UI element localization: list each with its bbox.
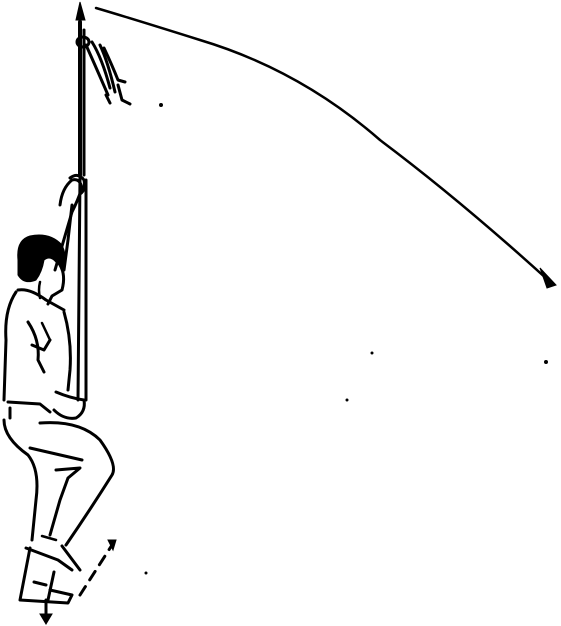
- pennant-flag: [86, 42, 130, 104]
- down-arrow-head-icon: [40, 614, 52, 624]
- climber: [4, 175, 114, 603]
- specks: [145, 104, 548, 575]
- trajectory-arrow: [96, 8, 556, 288]
- pole-tip-icon: [76, 2, 85, 20]
- hair: [18, 235, 66, 282]
- illustration-canvas: [0, 0, 561, 626]
- arrow-head-icon: [540, 268, 556, 288]
